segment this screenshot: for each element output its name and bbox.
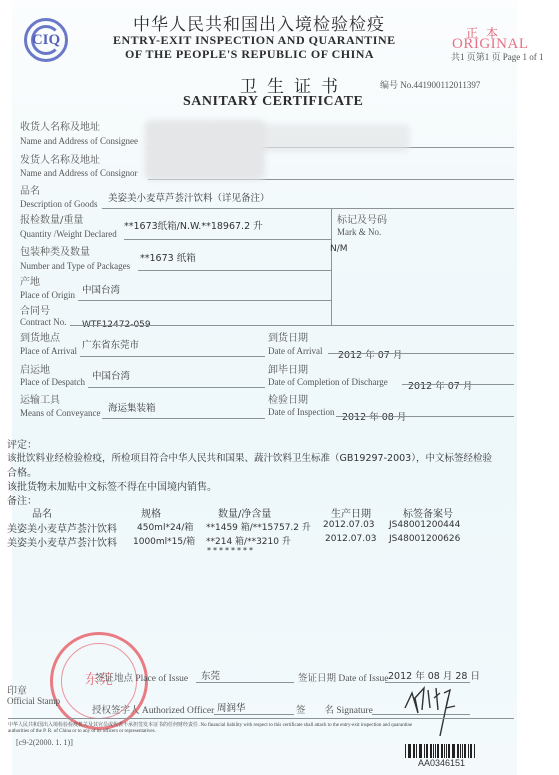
form-code: [c9-2(2000. 1. 1)] [16,738,73,747]
goods-label-en: Description of Goods [20,199,98,209]
consignor-label-cn: 发货人名称及地址 [20,151,100,166]
signature-label: 签 名 Signature [296,702,373,716]
table-header-production-date: 生产日期 [331,505,371,520]
consignee-label-cn: 收货人名称及地址 [20,118,100,133]
redacted-address [220,124,410,152]
despatch-label-en: Place of Despatch [20,377,85,387]
marks-label-en: Mark & No. [337,227,381,237]
consignor-label-en: Name and Address of Consignor [20,168,137,178]
goods-label-cn: 品名 [20,182,40,197]
title-en: SANITARY CERTIFICATE [183,94,363,110]
inspection-date-label-en: Date of Inspection [268,407,334,417]
table-header-goods: 品名 [32,505,52,520]
arrival-place-label-en: Place of Arrival [20,346,77,356]
arrival-date-value: 2012 年 07 月 [338,347,402,361]
contract-label-en: Contract No. [20,317,67,327]
origin-label-en: Place of Origin [20,290,75,300]
arrival-date-label-en: Date of Arrival [268,346,322,356]
conveyance-value: 海运集装箱 [108,400,156,414]
origin-value: 中国台湾 [82,282,120,296]
marks-value: N/M [330,244,348,254]
authority-name-en-2: OF THE PEOPLE'S REPUBLIC OF CHINA [125,47,374,62]
conveyance-label-cn: 运输工具 [20,391,60,406]
evaluation-heading: 评定： [7,436,37,451]
page-info: 共1 页第1 页 Page 1 of 1 [451,50,544,63]
table-end-mark: ******** [207,546,255,555]
origin-label-cn: 产地 [20,273,40,288]
despatch-value: 中国台湾 [92,368,130,382]
certificate-number: 编号 No.441900112011397 [380,78,480,91]
discharge-date-value: 2012 年 07 月 [408,378,472,392]
arrival-place-label-cn: 到货地点 [20,329,60,344]
barcode-icon [405,744,475,758]
evaluation-line-3: 该批货物未加贴中文标签不得在中国境内销售。 [7,478,217,493]
officer-value: 周润华 [217,700,246,714]
goods-value: 美姿美小麦草芦荟汁饮料（详见备注） [108,190,270,204]
arrival-date-label-cn: 到货日期 [268,329,308,344]
disclaimer-line-1: 中华人民共和国出入境检验检疫机关及其官员或代表不承担签发本证书的任何财经责任 .… [8,721,412,728]
packages-label-en: Number and Type of Packages [20,261,130,271]
disclaimer-line-2: authorities of the P. R. of China or to … [8,729,156,734]
stamp-label-en: Official Stamp [7,696,60,706]
barcode-number: AA0346151 [418,758,465,768]
evaluation-line-2: 合格。 [7,464,37,479]
conveyance-label-en: Means of Conveyance [20,408,100,418]
table-header-quantity: 数量/净含量 [218,505,271,520]
arrival-place-value: 广东省东莞市 [82,337,139,351]
ciq-logo-icon: CIQ [24,18,68,62]
discharge-date-label-cn: 卸毕日期 [268,361,308,376]
discharge-date-label-en: Date of Completion of Discharge [268,377,388,387]
evaluation-line-1: 该批饮料业经检验检疫，所检项目符合中华人民共和国果、蔬汁饮料卫生标准（GB192… [7,450,492,464]
quantity-label-cn: 报检数量/重量 [20,211,83,226]
authority-name-cn: 中华人民共和国出入境检验检疫 [133,10,385,35]
table-header-spec: 规格 [141,505,161,520]
packages-value: **1673 纸箱 [140,250,196,264]
contract-label-cn: 合同号 [20,302,50,317]
stamp-label-cn: 印章 [7,682,27,697]
issue-place-label: 签证地点 Place of Issue [95,670,188,684]
issue-place-value: 东莞 [201,668,220,682]
quantity-value: **1673纸箱/N.W.**18967.2 升 [124,218,263,232]
table-header-label-record-no: 标签备案号 [403,505,453,520]
consignee-label-en: Name and Address of Consignee [20,136,138,146]
officer-label: 授权签字人 Authorized Officer [92,702,214,716]
packages-label-cn: 包装种类及数量 [20,243,90,258]
inspection-date-label-cn: 检验日期 [268,391,308,406]
issue-date-label: 签证日期 Date of Issue [298,670,389,684]
marks-label-cn: 标记及号码 [337,211,387,226]
quantity-label-en: Quantity /Weight Declared [20,229,117,239]
despatch-label-cn: 启运地 [20,361,50,376]
authority-name-en-1: ENTRY-EXIT INSPECTION AND QUARANTINE [113,33,396,48]
